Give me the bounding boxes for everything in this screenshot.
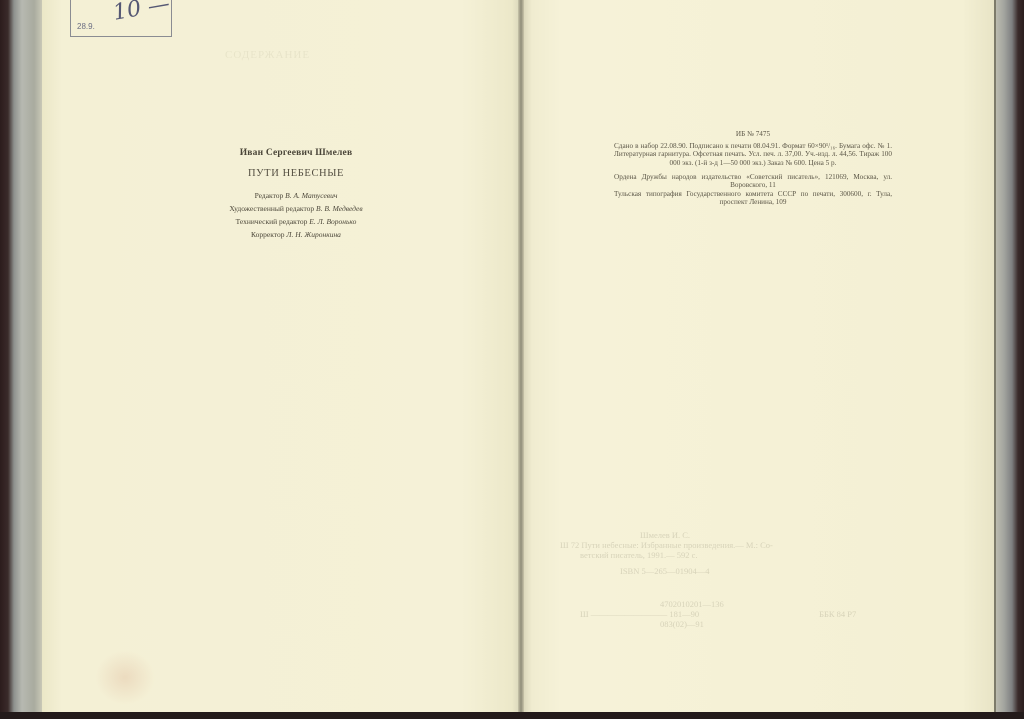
print-details: Сдано в набор 22.08.90. Подписано к печа… xyxy=(614,142,892,167)
cip-line: Ш ————————— 181—90ББК 84 Р7 xyxy=(580,609,980,619)
stamp-code: 28.9. xyxy=(77,22,95,31)
cip-line: 083(02)—91 xyxy=(660,619,980,629)
credit-line: Редактор В. А. Матусевич xyxy=(196,189,396,202)
publisher-info: Ордена Дружбы народов издательство «Сове… xyxy=(614,173,892,189)
book-title: ПУТИ НЕБЕСНЫЕ xyxy=(196,168,396,179)
bottom-background xyxy=(0,712,1024,719)
cip-abstract xyxy=(580,582,980,589)
cip-line: ветский писатель, 1991.— 592 с. xyxy=(580,550,980,560)
handwritten-mark: 10 — xyxy=(111,0,171,26)
book-cover-right-edge xyxy=(994,0,1024,719)
book-gutter xyxy=(518,0,524,714)
book-cover-left-edge xyxy=(0,0,44,719)
credit-name: Е. Л. Воронько xyxy=(309,217,356,226)
cip-line: Шмелев И. С. xyxy=(640,530,980,540)
credit-role: Технический редактор xyxy=(236,217,308,226)
cip-line: 4702010201—136 xyxy=(660,599,980,609)
author-name: Иван Сергеевич Шмелев xyxy=(196,148,396,158)
credit-name: Л. Н. Жиронкина xyxy=(286,230,341,239)
credit-name: В. В. Медведев xyxy=(316,204,363,213)
cip-line: Ш 72 Пути небесные: Избранные произведен… xyxy=(560,540,980,550)
imprint-block: ИБ № 7475 Сдано в набор 22.08.90. Подпис… xyxy=(614,130,892,213)
credit-role: Корректор xyxy=(251,230,284,239)
left-page xyxy=(42,0,520,714)
show-through-cip: Шмелев И. С. Ш 72 Пути небесные: Избранн… xyxy=(560,530,980,629)
printer-info: Тульская типография Государственного ком… xyxy=(614,190,892,206)
credit-line: Художественный редактор В. В. Медведев xyxy=(196,202,396,215)
credit-line: Корректор Л. Н. Жиронкина xyxy=(196,228,396,241)
paper-stain xyxy=(95,650,155,705)
credits-block: Иван Сергеевич Шмелев ПУТИ НЕБЕСНЫЕ Реда… xyxy=(196,148,396,241)
credit-role: Художественный редактор xyxy=(229,204,314,213)
cip-line: ISBN 5—265—01904—4 xyxy=(620,566,980,576)
credit-line: Технический редактор Е. Л. Воронько xyxy=(196,215,396,228)
show-through-heading: СОДЕРЖАНИЕ xyxy=(225,48,310,62)
ib-number: ИБ № 7475 xyxy=(614,130,892,138)
credit-name: В. А. Матусевич xyxy=(285,191,337,200)
page-edge xyxy=(994,0,996,712)
credit-role: Редактор xyxy=(255,191,284,200)
library-stamp: 10 — 28.9. xyxy=(70,0,172,37)
